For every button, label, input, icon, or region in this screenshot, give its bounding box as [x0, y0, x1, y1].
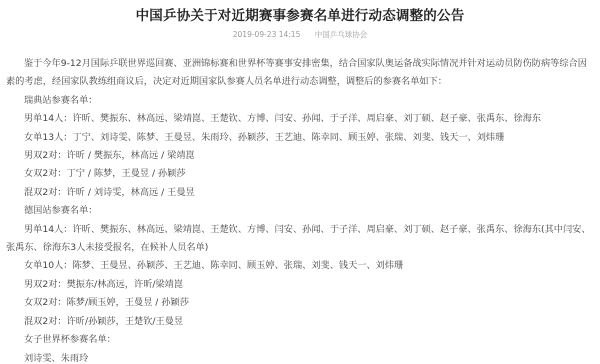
publish-date: 2019-09-23 14:15 [233, 30, 301, 39]
article-title: 中国乒协关于对近期赛事参赛名单进行动态调整的公告 [0, 4, 600, 24]
germany-womens-singles: 女单10人：陈梦、王曼昱、孙颖莎、王艺迪、陈幸同、顾玉婷、张瑞、刘斐、钱天一、刘… [6, 257, 596, 275]
sweden-mens-doubles: 男双2对：许昕 / 樊振东，林高远 / 梁靖崑 [6, 147, 596, 165]
germany-mixed-doubles: 混双2对：许昕/孙颖莎，王楚钦/王曼昱 [6, 313, 596, 331]
article-source[interactable]: 中国乒乓球协会 [315, 30, 368, 39]
sweden-womens-doubles: 女双2对：丁宁 / 陈梦，王曼昱 / 孙颖莎 [6, 165, 596, 183]
sweden-womens-singles: 女单13人：丁宁、刘诗雯、陈梦、王曼昱、朱雨玲、孙颖莎、王艺迪、陈幸同、顾玉婷、… [6, 129, 596, 147]
sweden-mixed-doubles: 混双2对：许昕 / 刘诗雯，林高远 / 王曼昱 [6, 184, 596, 202]
intro-paragraph: 鉴于今年9-12月国际乒联世界巡回赛、亚洲锦标赛和世界杯等赛事安排密集，结合国家… [6, 55, 596, 92]
section-heading-germany: 德国站参赛名单： [6, 202, 596, 220]
article-meta: 2019-09-23 14:15 中国乒乓球协会 [0, 29, 600, 40]
article-body: 鉴于今年9-12月国际乒联世界巡回赛、亚洲锦标赛和世界杯等赛事安排密集，结合国家… [6, 55, 596, 364]
section-heading-world-cup: 女子世界杯参赛名单： [6, 331, 596, 349]
germany-mens-singles: 男单14人：许昕、樊振东、林高远、梁靖崑、王楚钦、方博、闫安、孙闻、于子洋、周启… [6, 221, 596, 258]
germany-mens-doubles: 男双2对：樊振东/林高远，许昕/梁靖崑 [6, 276, 596, 294]
section-heading-sweden: 瑞典站参赛名单： [6, 92, 596, 110]
world-cup-players: 刘诗雯、朱雨玲 [6, 350, 596, 364]
sweden-mens-singles: 男单14人：许昕、樊振东、林高远、梁靖崑、王楚钦、方博、闫安、孙闻、于子洋、周启… [6, 110, 596, 128]
germany-womens-doubles: 女双2对：陈梦/顾玉婷，王曼昱 / 孙颖莎 [6, 294, 596, 312]
